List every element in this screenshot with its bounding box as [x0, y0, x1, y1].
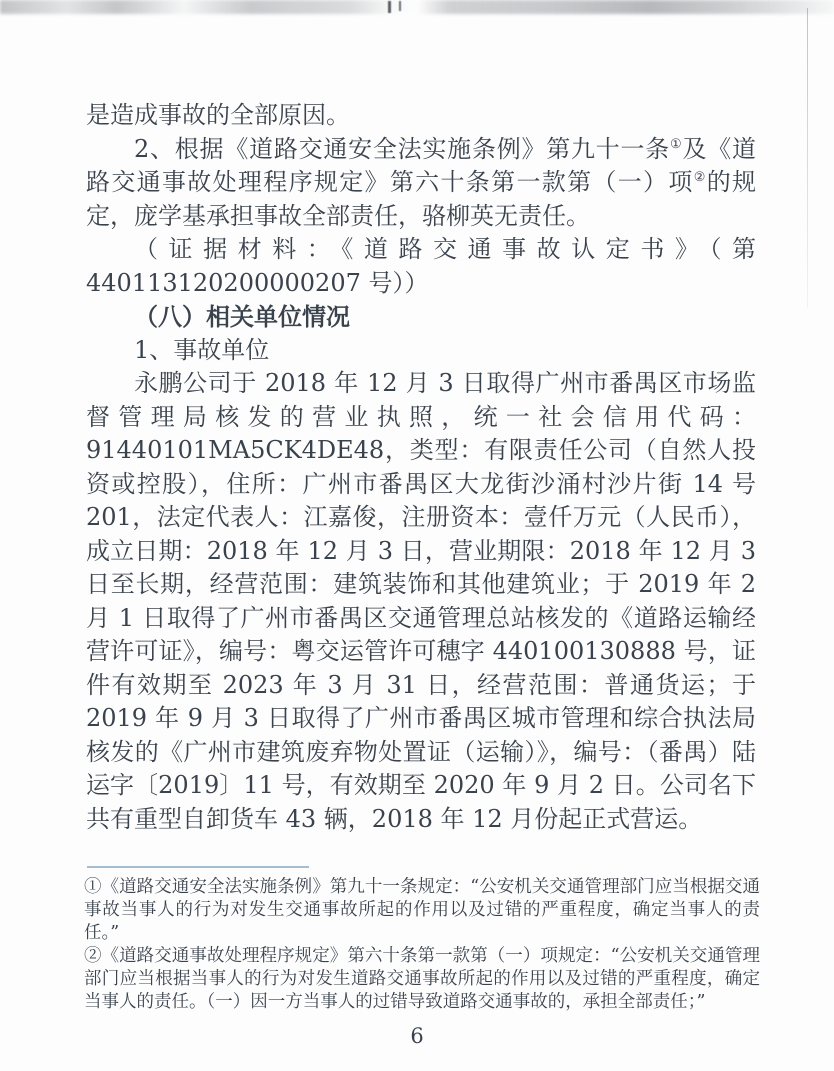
- footnote-1: ①《道路交通安全法实施条例》第九十一条规定：“公安机关交通管理部门应当根据交通事…: [84, 876, 760, 945]
- scan-artifact-top-band: [0, 0, 834, 14]
- document-page: 是造成事故的全部原因。 2、根据《道路交通安全法实施条例》第九十一条①及《道路交…: [0, 0, 834, 1071]
- scan-artifact-right-line: [807, 8, 808, 308]
- paragraph-liability: 2、根据《道路交通安全法实施条例》第九十一条①及《道路交通事故处理程序规定》第六…: [86, 133, 756, 234]
- paragraph-cause-tail: 是造成事故的全部原因。: [86, 99, 756, 133]
- footnote-1-text: 《道路交通安全法实施条例》第九十一条规定：“公安机关交通管理部门应当根据交通事故…: [84, 877, 760, 943]
- section-heading: （八）相关单位情况: [86, 300, 756, 334]
- scan-artifact-tick: [399, 1, 401, 11]
- footnote-1-marker: ①: [84, 877, 102, 897]
- footnote-2-text: 《道路交通事故处理程序规定》第六十条第一款第（一）项规定：“公安机关交通管理部门…: [84, 946, 760, 1012]
- paragraph-company-info: 永鹏公司于 2018 年 12 月 3 日取得广州市番禺区市场监督管理局核发的营…: [86, 367, 756, 836]
- body-text-block: 是造成事故的全部原因。 2、根据《道路交通安全法实施条例》第九十一条①及《道路交…: [86, 99, 756, 836]
- scan-artifact-tick: [388, 1, 391, 13]
- paragraph-company-info-text: 永鹏公司于 2018 年 12 月 3 日取得广州市番禺区市场监督管理局核发的营…: [86, 369, 756, 833]
- footnote-2: ②《道路交通事故处理程序规定》第六十条第一款第（一）项规定：“公安机关交通管理部…: [84, 945, 760, 1014]
- liability-text-1: 2、根据《道路交通安全法实施条例》第九十一条: [134, 135, 670, 163]
- footnote-2-marker: ②: [84, 946, 102, 966]
- footnote-ref-2: ②: [694, 170, 707, 185]
- section-heading-text: （八）相关单位情况: [134, 302, 350, 331]
- paragraph-cause-tail-text: 是造成事故的全部原因。: [86, 101, 350, 129]
- footnote-separator-rule: [87, 866, 309, 868]
- paragraph-evidence: （证据材料：《道路交通事故认定书》（第 440113120200000207 号…: [86, 233, 756, 300]
- page-number: 6: [0, 1024, 834, 1048]
- sub-heading-text: 1、事故单位: [134, 336, 269, 364]
- sub-heading: 1、事故单位: [86, 334, 756, 368]
- paragraph-evidence-text: （证据材料：《道路交通事故认定书》（第 440113120200000207 号…: [86, 235, 756, 297]
- footnotes-block: ①《道路交通安全法实施条例》第九十一条规定：“公安机关交通管理部门应当根据交通事…: [84, 876, 760, 1014]
- footnote-ref-1: ①: [670, 137, 682, 152]
